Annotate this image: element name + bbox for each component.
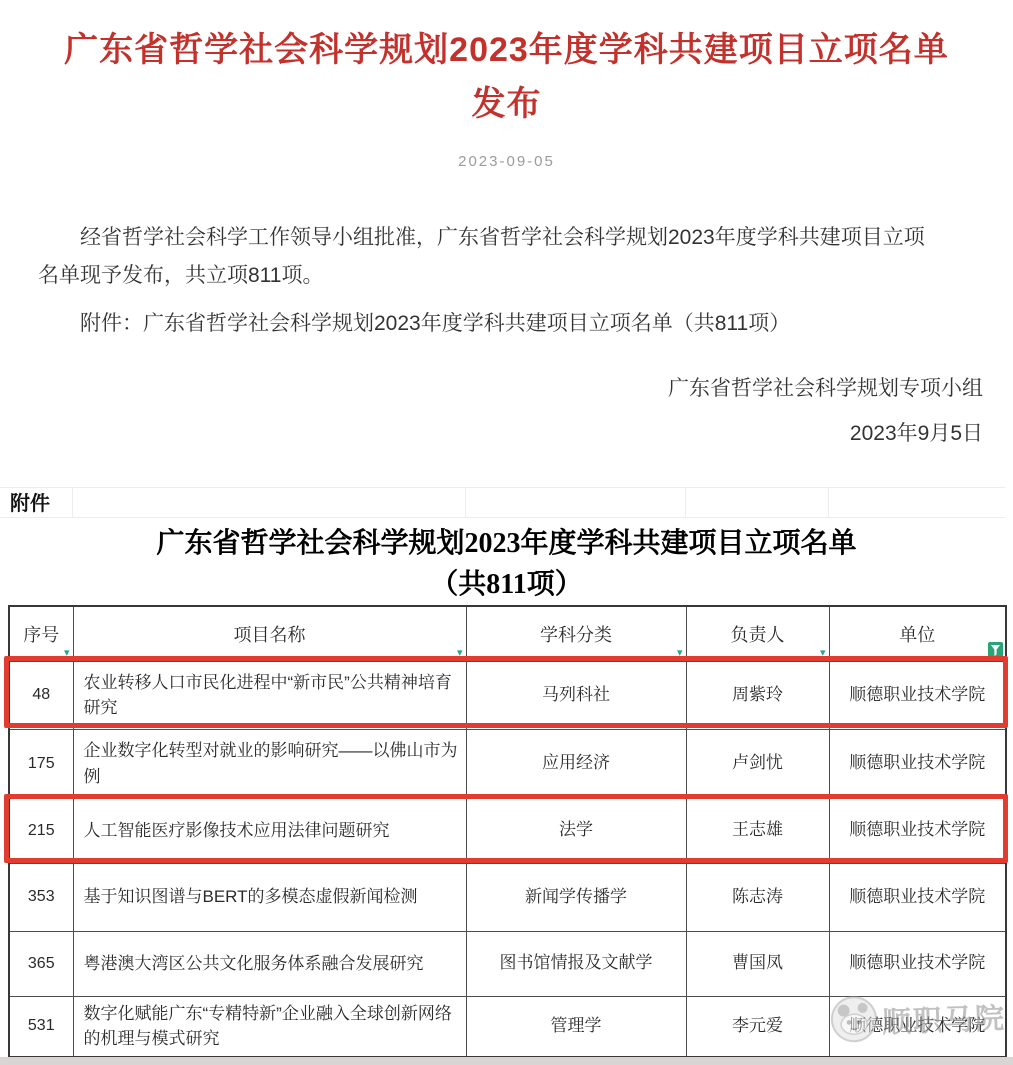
header-unit-label: 单位: [899, 625, 935, 645]
discipline-cell: 法学: [466, 798, 686, 863]
header-discipline: 学科分类 ▾: [466, 606, 686, 661]
grid-line: [0, 517, 1005, 518]
project-name-cell: 人工智能医疗影像技术应用法律问题研究: [73, 798, 466, 863]
page-bottom-edge: [0, 1057, 1013, 1065]
project-name-cell: 基于知识图谱与BERT的多模态虚假新闻检测: [73, 863, 466, 931]
unit-cell: 顺德职业技术学院: [829, 661, 1006, 729]
filter-arrow-icon[interactable]: ▾: [677, 648, 683, 659]
project-name-cell: 粤港澳大湾区公共文化服务体系融合发展研究: [73, 931, 466, 996]
project-table: 序号 ▾ 项目名称 ▾ 学科分类 ▾ 负责人 ▾ 单位: [8, 605, 1007, 1058]
attachment-label: 附件: [10, 487, 50, 516]
header-project-name: 项目名称 ▾: [73, 606, 466, 661]
table-row: 215 人工智能医疗影像技术应用法律问题研究 法学 王志雄 顺德职业技术学院: [9, 798, 1006, 863]
body-paragraph-1: 经省哲学社会科学工作领导小组批准，广东省哲学社会科学规划2023年度学科共建项目…: [38, 219, 938, 295]
leader-cell: 曹国凤: [686, 931, 829, 996]
unit-cell: 顺德职业技术学院: [829, 729, 1006, 798]
discipline-cell: 管理学: [466, 996, 686, 1057]
leader-cell: 周紫玲: [686, 661, 829, 729]
signature-organization: 广东省哲学社会科学规划专项小组: [0, 372, 983, 402]
table-title-line1: 广东省哲学社会科学规划2023年度学科共建项目立项名单: [8, 524, 1005, 565]
article-title-line2: 发布: [0, 78, 1013, 132]
discipline-cell: 图书馆情报及文献学: [466, 931, 686, 996]
row-no-cell: 215: [9, 798, 73, 863]
filter-arrow-icon[interactable]: ▾: [820, 648, 826, 659]
row-no-cell: 365: [9, 931, 73, 996]
leader-cell: 卢剑忧: [686, 729, 829, 798]
row-no-cell: 531: [9, 996, 73, 1057]
table-row: 48 农业转移人口市民化进程中“新市民”公共精神培育研究 马列科社 周紫玲 顺德…: [9, 661, 1006, 729]
header-leader-label: 负责人: [731, 625, 785, 645]
grid-line: [685, 487, 686, 517]
header-project-name-label: 项目名称: [234, 625, 306, 645]
publish-date: 2023-09-05: [0, 153, 1013, 170]
project-name-cell: 农业转移人口市民化进程中“新市民”公共精神培育研究: [73, 661, 466, 729]
table-row: 531 数字化赋能广东“专精特新”企业融入全球创新网络的机理与模式研究 管理学 …: [9, 996, 1006, 1057]
filter-arrow-icon[interactable]: ▾: [64, 648, 70, 659]
header-no: 序号 ▾: [9, 606, 73, 661]
unit-cell: 顺德职业技术学院: [829, 996, 1006, 1057]
leader-cell: 王志雄: [686, 798, 829, 863]
header-leader: 负责人 ▾: [686, 606, 829, 661]
unit-cell: 顺德职业技术学院: [829, 863, 1006, 931]
grid-line: [465, 487, 466, 517]
signature-date: 2023年9月5日: [0, 417, 997, 447]
table-row: 175 企业数字化转型对就业的影响研究——以佛山市为例 应用经济 卢剑忧 顺德职…: [9, 729, 1006, 798]
row-no-cell: 353: [9, 863, 73, 931]
table-title-line2: （共811项）: [8, 565, 1005, 606]
row-no-cell: 48: [9, 661, 73, 729]
project-name-cell: 企业数字化转型对就业的影响研究——以佛山市为例: [73, 729, 466, 798]
table-row: 353 基于知识图谱与BERT的多模态虚假新闻检测 新闻学传播学 陈志涛 顺德职…: [9, 863, 1006, 931]
leader-cell: 陈志涛: [686, 863, 829, 931]
header-unit: 单位: [829, 606, 1006, 661]
unit-cell: 顺德职业技术学院: [829, 798, 1006, 863]
filter-funnel-active-icon[interactable]: [988, 642, 1003, 659]
unit-cell: 顺德职业技术学院: [829, 931, 1006, 996]
article-title-line1: 广东省哲学社会科学规划2023年度学科共建项目立项名单: [0, 24, 1013, 78]
row-no-cell: 175: [9, 729, 73, 798]
discipline-cell: 新闻学传播学: [466, 863, 686, 931]
leader-cell: 李元爱: [686, 996, 829, 1057]
grid-line: [72, 487, 73, 517]
header-no-label: 序号: [23, 625, 59, 645]
table-header-row: 序号 ▾ 项目名称 ▾ 学科分类 ▾ 负责人 ▾ 单位: [9, 606, 1006, 661]
body-paragraph-attachment: 附件：广东省哲学社会科学规划2023年度学科共建项目立项名单（共811项）: [38, 305, 938, 343]
header-discipline-label: 学科分类: [540, 625, 612, 645]
table-title: 广东省哲学社会科学规划2023年度学科共建项目立项名单 （共811项）: [8, 524, 1005, 605]
filter-arrow-icon[interactable]: ▾: [457, 648, 463, 659]
article-title: 广东省哲学社会科学规划2023年度学科共建项目立项名单 发布: [0, 24, 1013, 131]
article-page: 广东省哲学社会科学规划2023年度学科共建项目立项名单 发布 2023-09-0…: [0, 0, 1013, 1065]
discipline-cell: 马列科社: [466, 661, 686, 729]
grid-line: [0, 487, 1005, 488]
table-row: 365 粤港澳大湾区公共文化服务体系融合发展研究 图书馆情报及文献学 曹国凤 顺…: [9, 931, 1006, 996]
grid-line: [828, 487, 829, 517]
project-name-cell: 数字化赋能广东“专精特新”企业融入全球创新网络的机理与模式研究: [73, 996, 466, 1057]
discipline-cell: 应用经济: [466, 729, 686, 798]
